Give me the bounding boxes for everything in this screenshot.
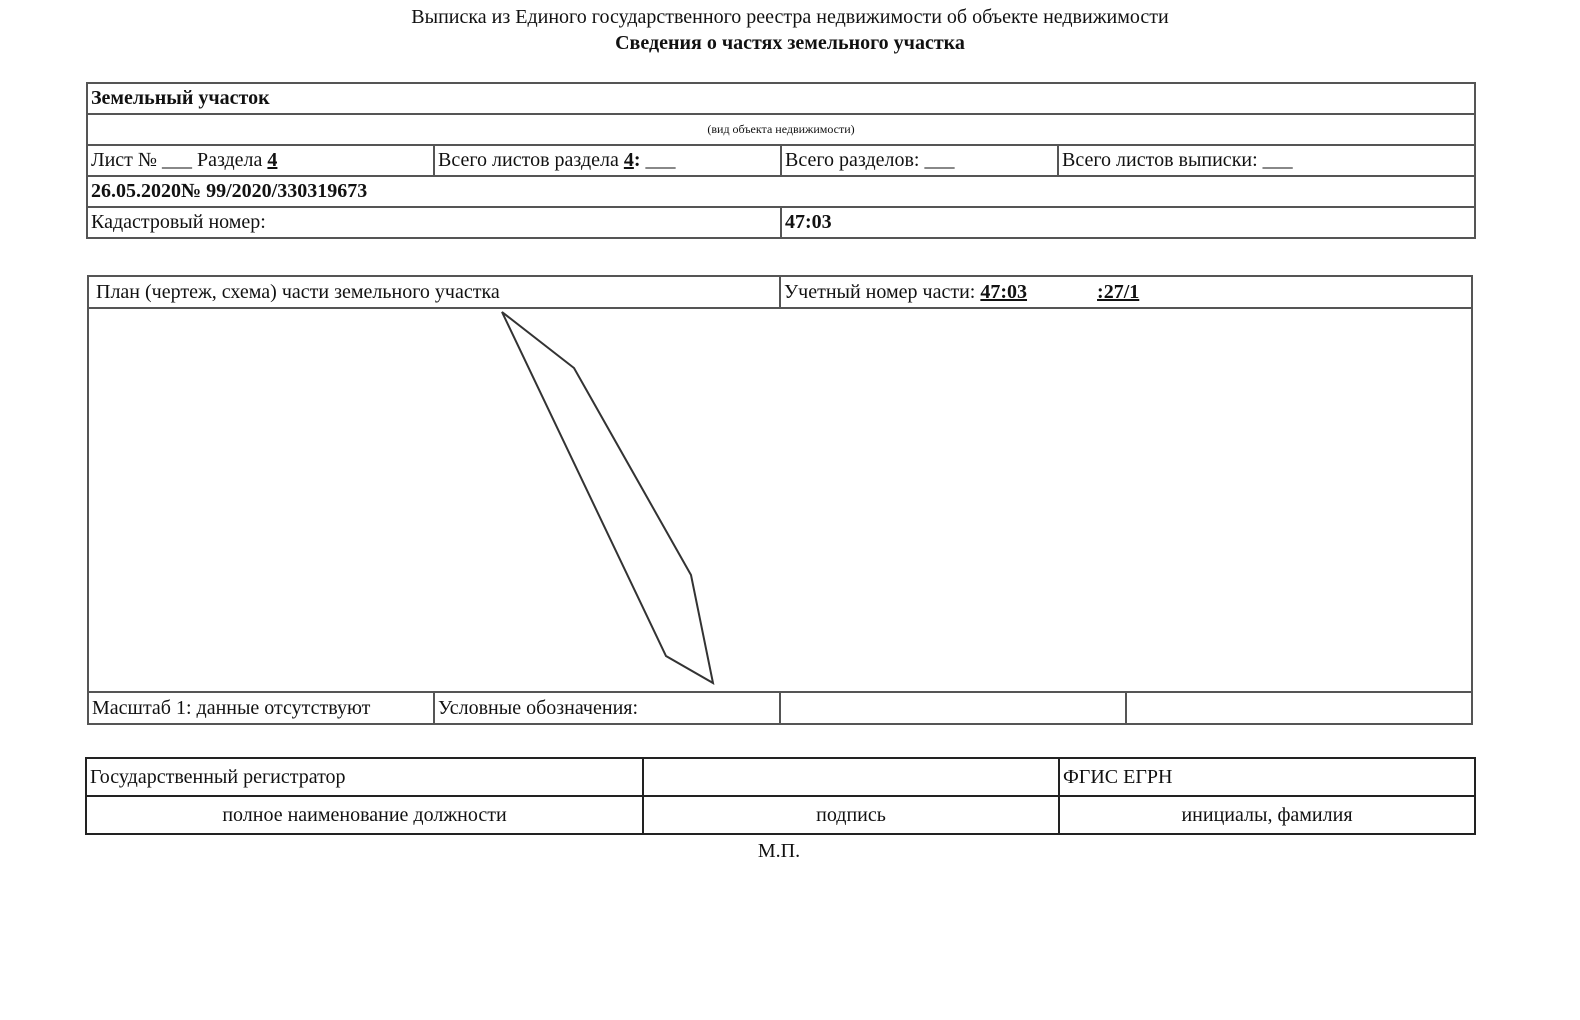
plan-title: План (чертеж, схема) части земельного уч… xyxy=(88,276,780,308)
registrar-signature xyxy=(643,758,1059,796)
stamp-place: М.П. xyxy=(0,840,1558,863)
part-number: Учетный номер части: 47:03:27/1 xyxy=(780,276,1472,308)
document-subtitle: Сведения о частях земельного участка xyxy=(0,32,1580,55)
scale: Масштаб 1: данные отсутствуют xyxy=(88,692,434,724)
legend-cell-2 xyxy=(1126,692,1472,724)
registrar-position: Государственный регистратор xyxy=(86,758,643,796)
plan-drawing-area xyxy=(88,308,1472,692)
cadastral-number-value: 47:03 xyxy=(781,207,1475,238)
total-sections: Всего разделов: ___ xyxy=(781,145,1058,176)
legend-cell-1 xyxy=(780,692,1126,724)
name-caption: инициалы, фамилия xyxy=(1059,796,1475,834)
registrar-name: ФГИС ЕГРН xyxy=(1059,758,1475,796)
plan-table: План (чертеж, схема) части земельного уч… xyxy=(87,275,1473,725)
signature-table: Государственный регистратор ФГИС ЕГРН по… xyxy=(85,757,1476,835)
header-table: Земельный участок (вид объекта недвижимо… xyxy=(86,82,1476,239)
object-type-caption: (вид объекта недвижимости) xyxy=(87,114,1475,145)
position-caption: полное наименование должности xyxy=(86,796,643,834)
object-type: Земельный участок xyxy=(87,83,1475,114)
total-sheets: Всего листов выписки: ___ xyxy=(1058,145,1475,176)
extract-date-number: 26.05.2020№ 99/2020/330319673 xyxy=(87,176,1475,207)
land-part-polygon xyxy=(89,309,1473,693)
sheet-number: Лист № ___ Раздела 4 xyxy=(87,145,434,176)
section-sheets: Всего листов раздела 4: ___ xyxy=(434,145,781,176)
cadastral-number-label: Кадастровый номер: xyxy=(87,207,781,238)
legend-label: Условные обозначения: xyxy=(434,692,780,724)
document-title: Выписка из Единого государственного реес… xyxy=(0,6,1580,29)
signature-caption: подпись xyxy=(643,796,1059,834)
